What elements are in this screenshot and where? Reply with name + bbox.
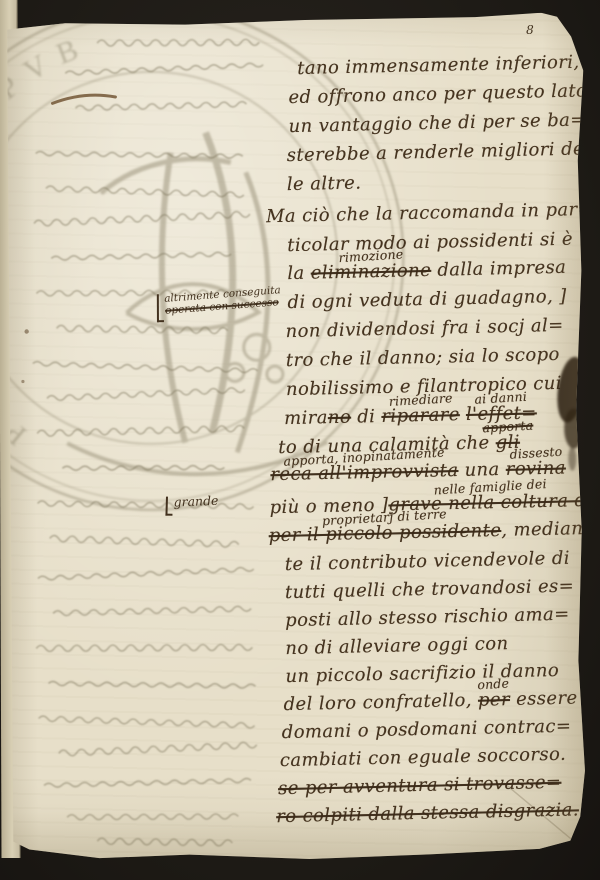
manuscript-text: un vantaggio che di per se ba= [288, 109, 586, 137]
struck-text: eliminazione [311, 260, 432, 284]
manuscript-line: ticolar modo ai possidenti si è [287, 229, 573, 256]
manuscript-page: PROSPERITATI PVB 8 tano immensamente inf… [5, 11, 593, 863]
manuscript-line: sterebbe a renderle migliori del= [287, 138, 600, 166]
margin-notes: altrimente conseguitaoperata con success… [5, 11, 589, 14]
manuscript-line: tro che il danno; sia lo scopo [286, 344, 560, 371]
manuscript-text: un piccolo sacrifizio il danno [285, 660, 559, 687]
manuscript-text: no di alleviare oggi con [285, 633, 509, 659]
manuscript-text: mira [284, 407, 328, 429]
manuscript-line: posti allo stesso rischio ama= [285, 604, 570, 631]
inserted-correction: dissesto [509, 444, 563, 462]
struck-text: per [478, 689, 510, 711]
manuscript-text: Ma ciò che la raccomanda in par= [266, 199, 593, 227]
manuscript-text: di [351, 406, 382, 428]
manuscript-text: domani o posdomani contrac= [282, 716, 572, 744]
manuscript-line: domani o posdomani contrac= [282, 716, 572, 744]
manuscript-text: la [287, 263, 311, 285]
manuscript-line: le altre. [287, 172, 362, 195]
manuscript-text: posti allo stesso rischio ama= [285, 604, 570, 631]
manuscript-text-block: tano immensamente inferiori,ed offrono a… [5, 11, 593, 863]
manuscript-line: un vantaggio che di per se ba= [288, 109, 586, 137]
manuscript-text: cambiati con eguale soccorso. [280, 744, 567, 771]
manuscript-text: una [458, 459, 506, 481]
manuscript-text: ticolar modo ai possidenti si è [287, 229, 573, 256]
manuscript-line: cambiati con eguale soccorso. [280, 744, 567, 771]
struck-text: no [328, 407, 352, 429]
photo-background: PROSPERITATI PVB 8 tano immensamente inf… [0, 0, 600, 880]
manuscript-text: te il contributo vicendevole di [285, 548, 571, 575]
manuscript-line: te il contributo vicendevole di [285, 548, 571, 575]
manuscript-line: ed offrono anco per questo lato [288, 80, 587, 108]
manuscript-line: se per avventura si trovasse= [278, 772, 562, 799]
manuscript-text: di ogni veduta di guadagno, ] [287, 286, 567, 313]
manuscript-text: tro che il danno; sia lo scopo [286, 344, 560, 371]
ink-blot-right-edge-lower [564, 409, 583, 449]
manuscript-line: tano immensamente inferiori, [297, 52, 580, 79]
manuscript-line: un piccolo sacrifizio il danno [285, 660, 559, 687]
struck-text: ro colpiti dalla stessa disgrazia. [276, 799, 579, 827]
manuscript-line: del loro confratello, peronde essere [283, 687, 577, 715]
manuscript-text: ed offrono anco per questo lato [288, 80, 587, 108]
manuscript-line: ro colpiti dalla stessa disgrazia. [276, 799, 579, 827]
inserted-correction: apporta [482, 418, 534, 436]
manuscript-text: , median= [501, 518, 599, 541]
manuscript-line: no di alleviare oggi con [285, 633, 509, 659]
inserted-correction: onde [477, 675, 510, 692]
struck-text: se per avventura si trovasse= [278, 772, 562, 799]
manuscript-line: di ogni veduta di guadagno, ] [287, 286, 567, 313]
manuscript-text: le altre. [287, 172, 362, 195]
insertion-bracket [157, 294, 164, 322]
manuscript-text: dalla impresa [431, 257, 567, 281]
manuscript-text: sterebbe a renderle migliori del= [287, 138, 600, 166]
manuscript-line: la eliminazionerimozione dalla impresa [287, 257, 566, 284]
manuscript-line: Ma ciò che la raccomanda in par= [266, 199, 593, 227]
margin-annotation-line: grande [173, 494, 218, 510]
inserted-correction: ai danni [474, 389, 527, 407]
manuscript-line: non dividendosi fra i socj al= [285, 315, 563, 342]
insertion-bracket [165, 497, 173, 516]
manuscript-text: tano immensamente inferiori, [297, 52, 580, 79]
manuscript-text: essere [510, 687, 578, 710]
manuscript-line: tutti quelli che trovandosi es= [285, 576, 575, 604]
ink-blot-streak [568, 447, 576, 471]
margin-annotation: grande [173, 494, 218, 510]
manuscript-text: tutti quelli che trovandosi es= [285, 576, 575, 604]
manuscript-text: del loro confratello, [283, 690, 478, 715]
manuscript-text: non dividendosi fra i socj al= [285, 315, 563, 342]
manuscript-line: per il piccolo possidenteproprietarj di … [269, 518, 599, 546]
